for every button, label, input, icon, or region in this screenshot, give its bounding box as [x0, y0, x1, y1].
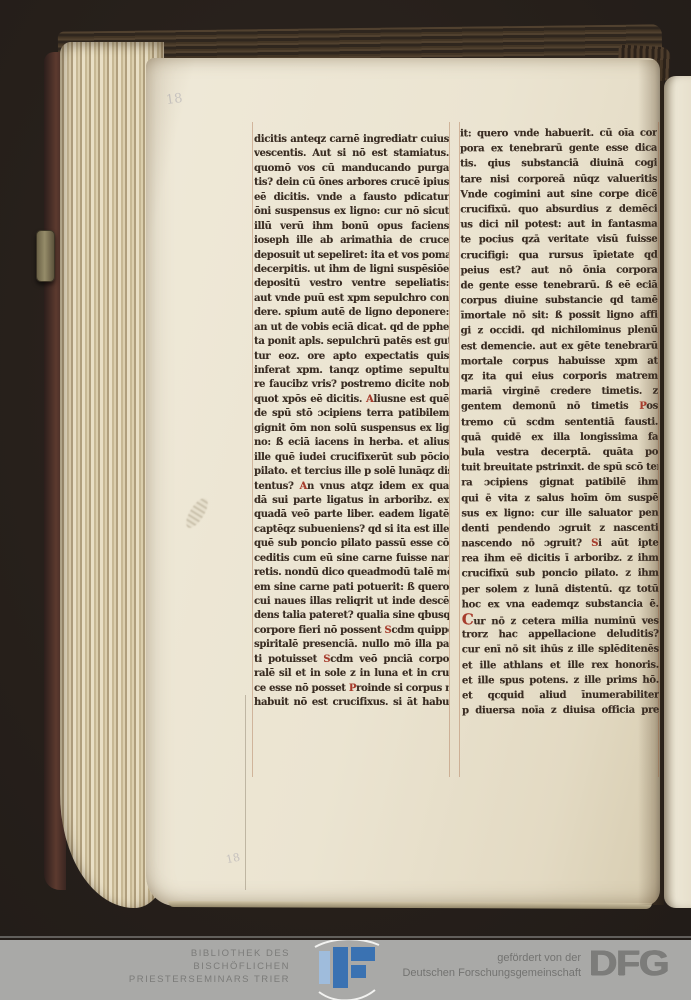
library-name-line: PRIESTERSEMINARS TRIER	[129, 973, 290, 986]
manuscript-line: corpus diuine substancie qd tamē	[461, 293, 658, 309]
manuscript-line: aut vnde puū est xpm sepulchro con	[254, 292, 449, 306]
text-column-left: dicitis anteqz carnē ingrediatr cuiusves…	[254, 133, 449, 713]
manuscript-line: ce esse nō posset Proinde si corpus nō	[254, 682, 449, 696]
manuscript-line: tis? dein cū ōnes arbores crucē ipius	[254, 176, 449, 190]
manuscript-line: captēqz subueniens? qd si ita est ille	[254, 523, 449, 537]
manuscript-line: bula vestra decerptā. quāta po	[461, 445, 658, 461]
rubricated-initial: S	[591, 538, 598, 549]
manuscript-line: deposuit ut sepeliret: ita et vos poma	[254, 249, 449, 263]
manuscript-line: de gente esse tenebrarū. ß eē eciā	[460, 278, 657, 294]
manuscript-line: ille quē iudei crucifixerūt sub pōcio	[254, 451, 449, 465]
manuscript-line: te pocius qzā veritate visū fuisse	[460, 232, 657, 248]
manuscript-line: per solem z lunā distentū. qz totū	[462, 581, 659, 597]
page-bottom-edge	[168, 901, 652, 909]
manuscript-line: ta ponit apls. sepulchrū patēs est gut	[254, 335, 449, 349]
manuscript-line: pilato. et tercius ille p solē lunāqz di…	[254, 465, 449, 479]
manuscript-line: quot xpōs eē dicitis. Aliusne est quē	[254, 393, 449, 407]
ruling-line	[252, 122, 253, 777]
manuscript-line: ra ɔcipiens gignat patibilē ihm	[461, 475, 658, 491]
manuscript-line: re faucibz vris? postremo dicite nob	[254, 378, 449, 392]
manuscript-line: tuit breuitate pstrinxit. de spū scō ter	[461, 460, 658, 476]
manuscript-line: tare nisi corporeā nūqz valueritis	[460, 171, 657, 187]
manuscript-line: mariā virginē credere timetis. z	[461, 384, 658, 400]
library-name-line: BIBLIOTHEK DES	[129, 947, 290, 960]
manuscript-line: nascendo nō ɔgruit? Si aūt ipte	[461, 536, 658, 552]
manuscript-line: Vnde cogimini aut sine corpe dicē	[460, 186, 657, 202]
manuscript-line: rea ihm eē dicitis ī arboribz. z ihm	[461, 551, 658, 567]
manuscript-line: cur enī nō sit ihūs z ille splēditenēs	[462, 642, 659, 658]
text-column-right: it: quero vnde habuerit. cū oīa corpora …	[460, 126, 659, 723]
manuscript-line: dere. spium autē de ligno deponere:	[254, 306, 449, 320]
manuscript-line: īmortale nō sit: ß possit ligno affi	[461, 308, 658, 324]
rubricated-initial: C	[462, 610, 474, 628]
manuscript-line: p diuersa noīa z diuisa officia pre	[462, 703, 659, 719]
manuscript-line: Cur nō z cetera milia numinū ves	[462, 612, 659, 628]
manuscript-line: tentus? An vnus atqz idem ex qua	[254, 480, 449, 494]
manuscript-line: decerpitis. ut ihm de ligni suspēsiōe	[254, 263, 449, 277]
manuscript-line: est demencie. aut ex gēte tenebrarū	[461, 338, 658, 354]
funding-credit: gefördert von der Deutschen Forschungsge…	[402, 951, 581, 980]
manuscript-line: gi z occidi. qd nichilominus plenū	[461, 323, 658, 339]
manuscript-line: no: ß eciā iacens in herba. et alius	[254, 436, 449, 450]
manuscript-line: inferat xpm. tanqz optime sepultu	[254, 364, 449, 378]
manuscript-line: dā sui parte ligatus in arboribz. ex	[254, 494, 449, 508]
manuscript-line: crucifixū sub poncio pilato. z ihm	[461, 566, 658, 582]
manuscript-line: quadā veō parte liber. eadem ligatē	[254, 508, 449, 522]
library-name-line: BISCHÖFLICHEN	[129, 960, 290, 973]
manuscript-line: dens talia pateret? qualia sine qbusqz	[254, 609, 449, 623]
manuscript-line: em sine carne pati potuerit: ß quero	[254, 581, 449, 595]
manuscript-line: spiritalē presenciā. nullo mō illa pa	[254, 638, 449, 652]
manuscript-line: retis. nondū dico queadmodū talē mē	[254, 566, 449, 580]
manuscript-line: quā quidē ex illa longissima fa	[461, 429, 658, 445]
manuscript-line: qui ē vita z salus hoīm ōm suspē	[461, 490, 658, 506]
rubricated-initial: A	[299, 481, 306, 492]
manuscript-line: sus ex ligno: cur ille saluator pen	[461, 505, 658, 521]
manuscript-line: us dici nil potest: aut in fantasma	[460, 217, 657, 233]
manuscript-line: mortale corpus habuisse xpm at	[461, 353, 658, 369]
manuscript-line: it: quero vnde habuerit. cū oīa cor	[460, 126, 657, 142]
manuscript-line: qz ita qui eius corporis matrem	[461, 369, 658, 385]
manuscript-line: ti potuisset Scdm veō pnciā corpo	[254, 653, 449, 667]
manuscript-line: eē dicitis. vnde a fausto pdicatur	[254, 191, 449, 205]
manuscript-line: an ut de vobis eciā dicat. qd de pphe	[254, 321, 449, 335]
manuscript-line: depositū vestro ventre sepeliatis:	[254, 277, 449, 291]
manuscript-line: cui naues illas reliqrit ut inde descē	[254, 595, 449, 609]
manuscript-line: tur eoz. ore apto expectatis quis	[254, 350, 449, 364]
manuscript-line: illū verū ihm bonū opus faciens	[254, 220, 449, 234]
manuscript-line: ralē sil et in sole z in luna et in cru	[254, 667, 449, 681]
manuscript-line: et ille athlans et ille rex honoris.	[462, 657, 659, 673]
manuscript-line: ceditis cum eū sine carne fuisse nar	[254, 552, 449, 566]
manuscript-line: habuit nō est crucifixus. si āt habu	[254, 696, 449, 710]
manuscript-line: tremo cū scdm sententiā fausti.	[461, 414, 658, 430]
manuscript-line: denti pendendo ɔgruit z nascenti	[461, 521, 658, 537]
manuscript-line: ōni suspensus ex ligno: cur nō sicut	[254, 205, 449, 219]
manuscript-line: peius est? aut nō ōnia corpora	[460, 262, 657, 278]
manuscript-line: corpore fieri nō possent Scdm quippe	[254, 624, 449, 638]
manuscript-line: de spū stō ɔcipiens terra patibilem	[254, 407, 449, 421]
manuscript-line: vescentis. Aut si nō est stamiatus.	[254, 147, 449, 161]
manuscript-line: et ille spus potens. z ille prims hō.	[462, 672, 659, 688]
funding-credit-line: gefördert von der	[402, 951, 581, 966]
ruling-line	[449, 122, 450, 777]
manuscript-line: et qcquid aliud īnumerabiliter	[462, 688, 659, 704]
manuscript-line: gentem demonū nō timetis Pos	[461, 399, 658, 415]
dfg-logo: DFG	[589, 944, 668, 984]
library-shield-logo-icon	[299, 940, 393, 1000]
page-crease	[245, 695, 246, 890]
manuscript-photo: dicitis anteqz carnē ingrediatr cuiusves…	[0, 0, 691, 940]
footer-banner: BIBLIOTHEK DES BISCHÖFLICHEN PRIESTERSEM…	[0, 940, 691, 1000]
manuscript-line: trorz hac appellacione deluditis?	[462, 627, 659, 643]
manuscript-line: quomō vos cū manducando purga	[254, 162, 449, 176]
manuscript-line: dicitis anteqz carnē ingrediatr cuius	[254, 133, 449, 147]
book-clasp	[36, 230, 55, 282]
manuscript-line: quē sub poncio pilato passū esse cō	[254, 537, 449, 551]
faint-foliation-mark-top: 18	[165, 91, 183, 108]
facing-page-sliver	[664, 76, 691, 908]
funding-credit-line: Deutschen Forschungsgemeinschaft	[402, 966, 581, 981]
rubricated-initial: P	[349, 683, 356, 694]
manuscript-line: crucifigi: qua rursus īpietate qd	[460, 247, 657, 263]
manuscript-line: pora ex tenebrarū gente esse dica	[460, 141, 657, 157]
manuscript-line: hoc ex vna eademqz substancia ē.	[462, 596, 659, 612]
manuscript-line: tis. qius substanciā diuinā cogi	[460, 156, 657, 172]
manuscript-line: gignit ōm non solū suspensus ex lig	[254, 422, 449, 436]
manuscript-line: ioseph ille ab arimathia de cruce	[254, 234, 449, 248]
library-name: BIBLIOTHEK DES BISCHÖFLICHEN PRIESTERSEM…	[129, 947, 290, 986]
manuscript-line: crucifixū. quo absurdius z demēci	[460, 202, 657, 218]
